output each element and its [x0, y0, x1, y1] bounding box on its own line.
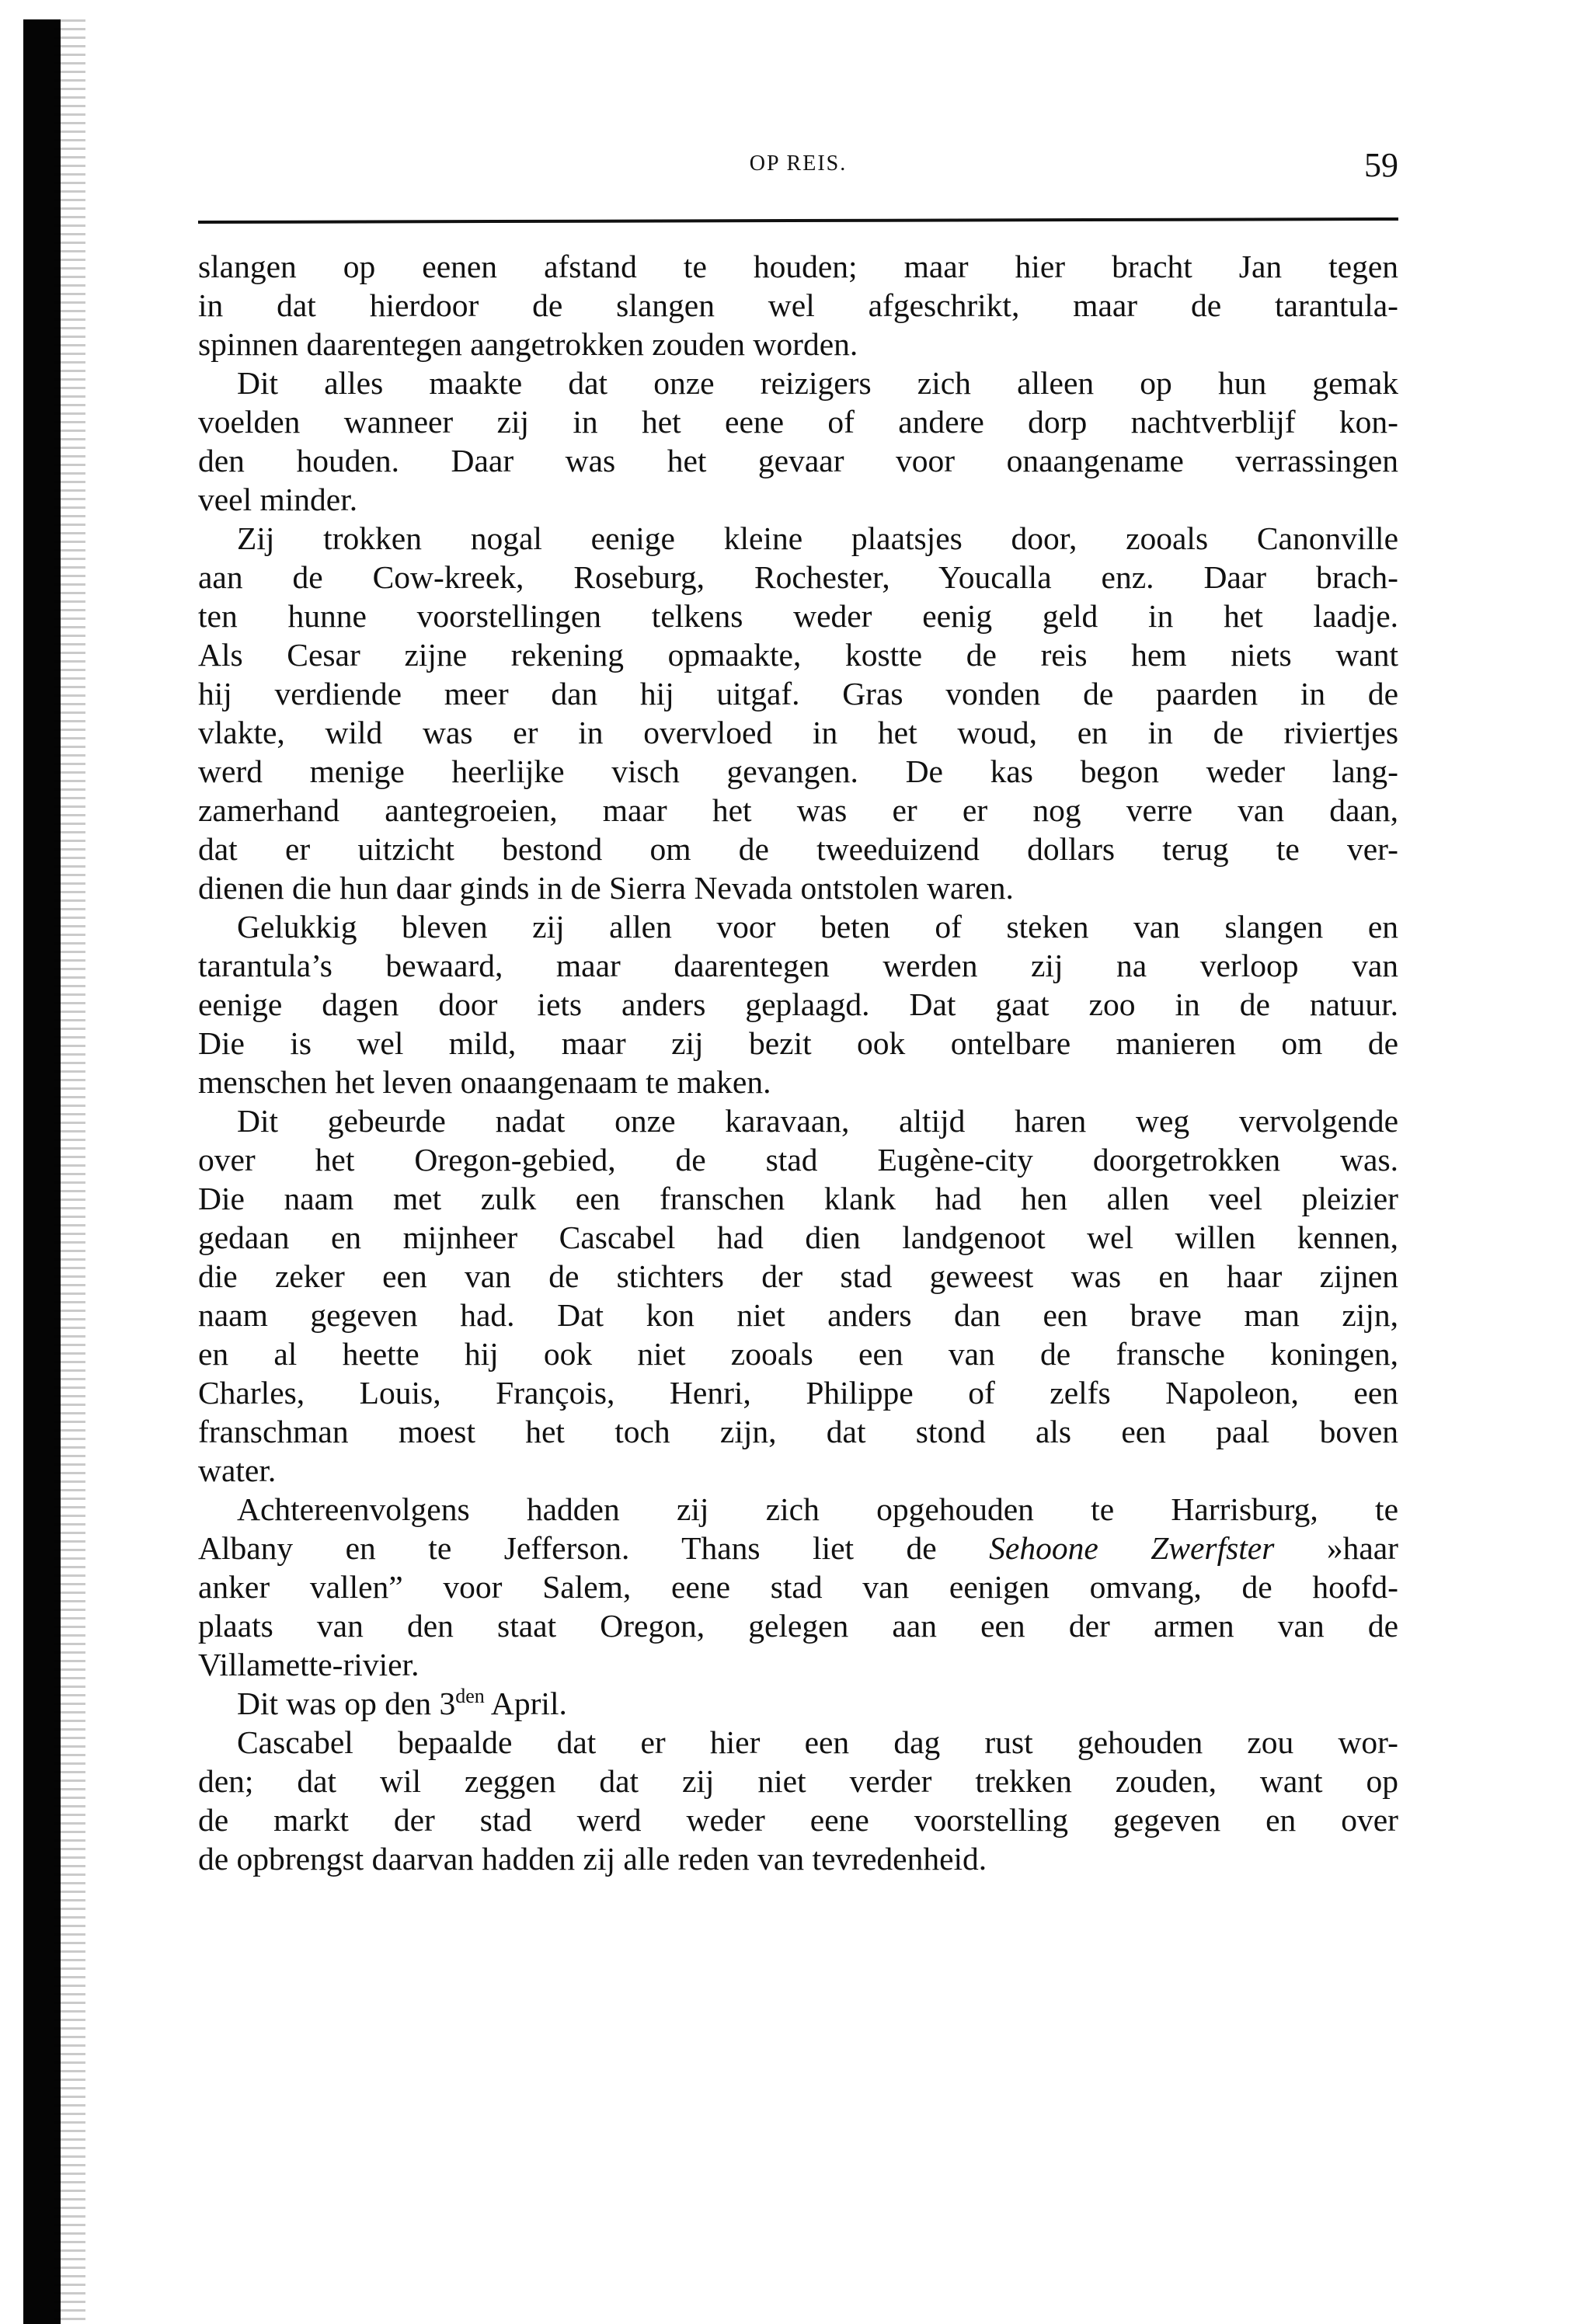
text-line: Dit gebeurde nadat onze karavaan, altijd…: [198, 1101, 1398, 1140]
page-number: 59: [1364, 145, 1398, 185]
text-line: den; dat wil zeggen dat zij niet verder …: [198, 1762, 1398, 1800]
text-line: anker vallen” voor Salem, eene stad van …: [198, 1567, 1398, 1606]
text-line: den houden. Daar was het gevaar voor ona…: [198, 441, 1398, 480]
text-line: tarantula’s bewaard, maar daarentegen we…: [198, 946, 1398, 985]
page-header: OP REIS. 59: [198, 151, 1398, 190]
text-line: de markt der stad werd weder eene voorst…: [198, 1800, 1398, 1839]
text-line: Albany en te Jefferson. Thans liet de Se…: [198, 1529, 1398, 1567]
header-rule: [198, 217, 1398, 224]
text-line: Villamette-rivier.: [198, 1645, 1398, 1684]
text-line: franschman moest het toch zijn, dat ston…: [198, 1412, 1398, 1451]
text-line: Zij trokken nogal eenige kleine plaatsje…: [198, 519, 1398, 558]
body-text: slangen op eenen afstand te houden; maar…: [198, 247, 1398, 1878]
text-line: die zeker een van de stichters der stad …: [198, 1257, 1398, 1296]
text-line: naam gegeven had. Dat kon niet anders da…: [198, 1296, 1398, 1334]
text-line: aan de Cow-kreek, Roseburg, Rochester, Y…: [198, 558, 1398, 597]
text-line: menschen het leven onaangenaam te maken.: [198, 1063, 1398, 1101]
text-line: water.: [198, 1451, 1398, 1490]
text-line: eenige dagen door iets anders geplaagd. …: [198, 985, 1398, 1024]
text-line: Gelukkig bleven zij allen voor beten of …: [198, 907, 1398, 946]
text-line: voelden wanneer zij in het eene of ander…: [198, 402, 1398, 441]
text-line: de opbrengst daarvan hadden zij alle red…: [198, 1839, 1398, 1878]
text-line: hij verdiende meer dan hij uitgaf. Gras …: [198, 674, 1398, 713]
text-line: Dit was op den 3den April.: [198, 1684, 1398, 1723]
text-line: spinnen daarentegen aangetrokken zouden …: [198, 325, 1398, 364]
text-line: en al heette hij ook niet zooals een van…: [198, 1334, 1398, 1373]
text-line: in dat hierdoor de slangen wel afgeschri…: [198, 286, 1398, 325]
text-line: slangen op eenen afstand te houden; maar…: [198, 247, 1398, 286]
text-line: dienen die hun daar ginds in de Sierra N…: [198, 868, 1398, 907]
text-line: Cascabel bepaalde dat er hier een dag ru…: [198, 1723, 1398, 1762]
text-line: gedaan en mijnheer Cascabel had dien lan…: [198, 1218, 1398, 1257]
text-line: Achtereenvolgens hadden zij zich opgehou…: [198, 1490, 1398, 1529]
text-line: veel minder.: [198, 480, 1398, 519]
text-line: over het Oregon-gebied, de stad Eugène-c…: [198, 1140, 1398, 1179]
text-line: vlakte, wild was er in overvloed in het …: [198, 713, 1398, 752]
text-line: Charles, Louis, François, Henri, Philipp…: [198, 1373, 1398, 1412]
italic-title: Sehoone Zwerfster: [989, 1530, 1274, 1566]
text-line: plaats van den staat Oregon, gelegen aan…: [198, 1606, 1398, 1645]
text-line: Als Cesar zijne rekening opmaakte, kostt…: [198, 635, 1398, 674]
ordinal-superscript: den: [455, 1685, 485, 1707]
running-title: OP REIS.: [198, 151, 1398, 176]
text-line: werd menige heerlijke visch gevangen. De…: [198, 752, 1398, 791]
text-line: Die is wel mild, maar zij bezit ook onte…: [198, 1024, 1398, 1063]
text-line: zamerhand aantegroeien, maar het was er …: [198, 791, 1398, 830]
scan-edge-noise: [54, 19, 85, 2324]
text-line: ten hunne voorstellingen telkens weder e…: [198, 597, 1398, 635]
text-line: dat er uitzicht bestond om de tweeduizen…: [198, 830, 1398, 868]
text-line: Dit alles maakte dat onze reizigers zich…: [198, 364, 1398, 402]
text-line: Die naam met zulk een franschen klank ha…: [198, 1179, 1398, 1218]
